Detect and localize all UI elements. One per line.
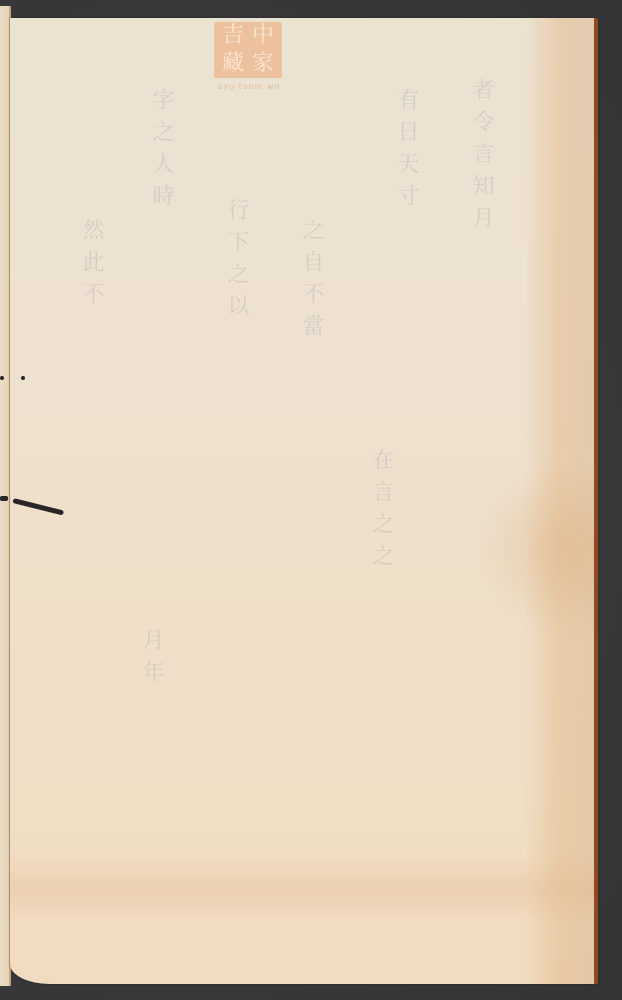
ink-mark-left [0,376,4,380]
ink-stroke [12,498,64,515]
show-through-column: 月年 [140,628,162,692]
seal-caption: ayu toom wo [210,82,288,91]
water-stain [10,854,594,924]
show-through-column: 者令言知月 [470,78,492,238]
seal-glyph: 藏 [218,51,248,77]
show-through-column: 之自不當 [300,218,322,346]
seal-glyph: 中 [248,23,278,49]
seal-glyph: 吉 [218,23,248,49]
collector-seal: 吉 中 藏 家 [214,22,282,78]
show-through-column: 在言之之 [370,448,392,576]
seal-glyph: 家 [248,51,278,77]
manuscript-page: 吉 中 藏 家 ayu toom wo 者令言知月 有日天寸 之自不當 行下之以… [10,18,598,984]
show-through-column: 然此不 [80,218,102,314]
ink-mark-left-stroke [0,496,8,501]
show-through-column: 有日天寸 [395,88,417,216]
ink-dot [21,376,25,380]
show-through-column: 行下之以 [225,198,247,326]
show-through-column: 字之人時 [150,88,172,216]
